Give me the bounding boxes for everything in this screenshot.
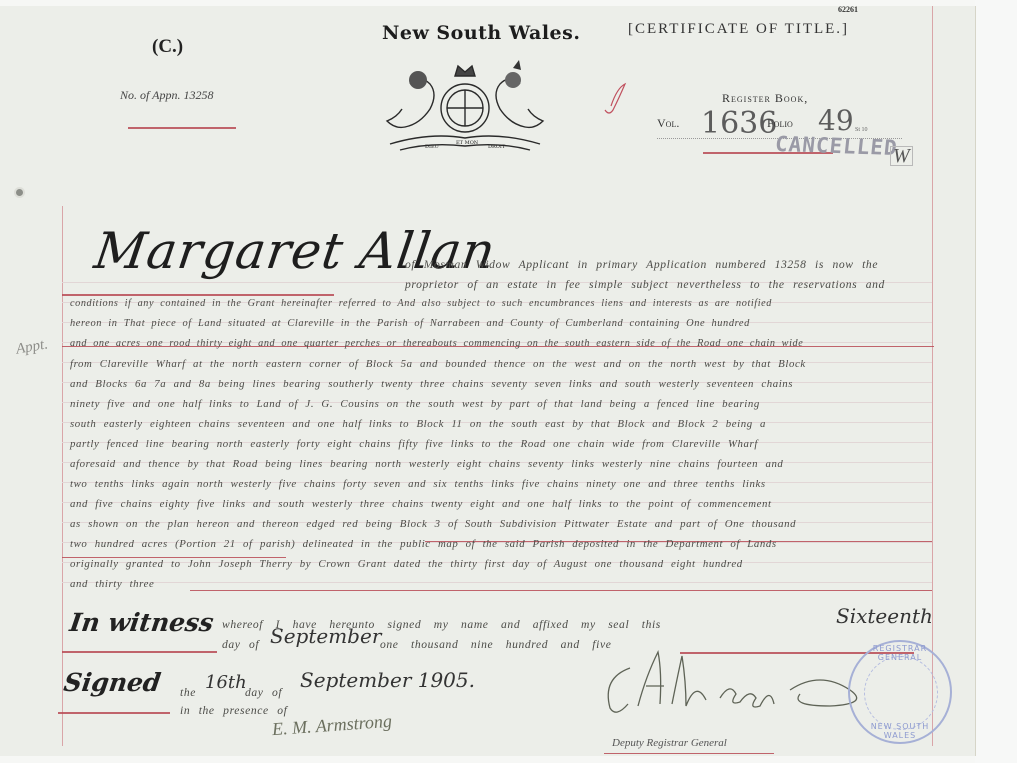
application-number: No. of Appn. 13258 bbox=[120, 88, 213, 103]
red-underline bbox=[604, 753, 774, 754]
register-book-label: Register Book, bbox=[722, 91, 808, 106]
body-line: south easterly eighteen chains seventeen… bbox=[70, 418, 766, 430]
in-witness-heading: In witness bbox=[68, 608, 215, 637]
red-underline bbox=[62, 651, 217, 653]
body-line: as shown on the plan hereon and thereon … bbox=[70, 518, 796, 530]
seal-top-text: REGISTRAR GENERAL bbox=[864, 644, 936, 662]
scan-background-edge bbox=[975, 0, 1017, 763]
royal-coat-of-arms-icon: DIEU ET MON DROIT bbox=[370, 54, 560, 158]
seal-bottom-text: NEW SOUTH WALES bbox=[864, 722, 936, 740]
body-line: and Blocks 6a 7a and 8a being lines bear… bbox=[70, 378, 793, 390]
body-line: of Mosman Widow Applicant in primary App… bbox=[405, 258, 878, 271]
witness-day: Sixteenth bbox=[836, 604, 933, 628]
certificate-title: [CERTIFICATE OF TITLE.] bbox=[628, 21, 849, 38]
folio-label: Folio bbox=[767, 116, 793, 131]
binder-hole bbox=[16, 189, 23, 196]
body-line: and five chains eighty five links and so… bbox=[70, 498, 772, 510]
stamp-code: St 10 bbox=[855, 127, 868, 133]
body-line: proprietor of an estate in fee simple su… bbox=[405, 278, 885, 291]
body-line: two tenths links again north westerly fi… bbox=[70, 478, 766, 490]
body-line: hereon in That piece of Land situated at… bbox=[70, 318, 750, 329]
red-tick-mark-icon bbox=[601, 82, 631, 122]
signed-the: the bbox=[180, 686, 196, 699]
body-line: and thirty three bbox=[70, 578, 154, 590]
svg-text:DROIT: DROIT bbox=[488, 144, 506, 150]
witness-month: September bbox=[270, 624, 381, 648]
jurisdiction-title: New South Wales. bbox=[382, 22, 580, 44]
svg-text:DIEU: DIEU bbox=[425, 144, 439, 150]
body-line: two hundred acres (Portion 21 of parish)… bbox=[70, 538, 777, 550]
series-label: (C.) bbox=[152, 36, 183, 58]
volume-label: Vol. bbox=[657, 116, 679, 131]
cancelled-initial: W bbox=[890, 146, 913, 166]
red-underline bbox=[190, 590, 932, 591]
signed-day: 16th bbox=[205, 672, 247, 693]
svg-text:ET MON: ET MON bbox=[456, 140, 479, 146]
signed-dayof: day of bbox=[245, 686, 282, 699]
body-line: partly fenced line bearing north easterl… bbox=[70, 438, 758, 450]
signed-date: September 1905. bbox=[300, 668, 475, 692]
registrar-title: Deputy Registrar General bbox=[612, 737, 727, 749]
body-line: originally granted to John Joseph Therry… bbox=[70, 558, 743, 570]
witness-dayof: day of bbox=[222, 638, 259, 651]
cancelled-stamp: CANCELLED bbox=[774, 132, 899, 160]
red-underline bbox=[128, 127, 236, 129]
signed-heading: Signed bbox=[62, 668, 163, 697]
left-margin-rule bbox=[62, 206, 63, 746]
red-underline bbox=[58, 712, 170, 714]
body-line: aforesaid and thence by that Road being … bbox=[70, 458, 783, 470]
proprietor-name: Margaret Allan bbox=[91, 222, 499, 280]
volume-number: 1636 bbox=[701, 106, 777, 141]
body-line: and one acres one rood thirty eight and … bbox=[70, 338, 803, 349]
serial-number: 62261 bbox=[838, 5, 858, 14]
body-line: ninety five and one half links to Land o… bbox=[70, 398, 760, 410]
folio-number: 49 bbox=[818, 104, 854, 137]
registrar-general-seal: REGISTRAR GENERAL NEW SOUTH WALES bbox=[848, 640, 952, 744]
signed-presence: in the presence of bbox=[180, 704, 287, 717]
red-underline bbox=[62, 294, 334, 296]
right-margin-rule bbox=[932, 6, 933, 746]
seal-crest-icon bbox=[864, 656, 938, 730]
witness-year: one thousand nine hundred and five bbox=[380, 638, 611, 651]
body-line: conditions if any contained in the Grant… bbox=[70, 298, 772, 309]
body-line: from Clareville Wharf at the north easte… bbox=[70, 358, 806, 370]
ruled-line bbox=[62, 582, 932, 583]
